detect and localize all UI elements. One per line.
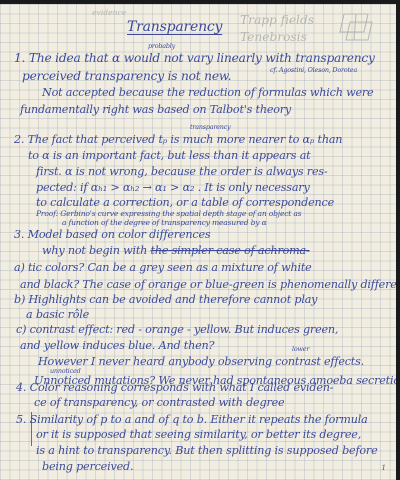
pencil-note-top-right-1: Trapp fields [240,14,314,26]
item1-aside: cf. Agostini, Oleson, Dorotea [270,67,357,73]
item3-line2-prefix: why not begin with [42,244,151,257]
page-title: Transparency [127,20,222,34]
item3-line3: a) tic colors? Can be a grey seen as a m… [14,262,312,273]
item2-line2: to α is an important fact, but less than… [28,150,310,161]
item3-line7: c) contrast effect: red - orange - yello… [16,324,338,335]
item3-line2: why not begin with the simpler case of a… [42,245,310,256]
page-number: 1 [382,464,386,472]
item4-line1: 4. Color reasoning corresponds with what… [16,382,333,393]
item1-line2: perceived transparency is not new. [22,70,231,82]
pencil-note-top-right-2: Tenebrosis [240,31,307,43]
item2-line3: first. α is not wrong, because the order… [36,166,328,177]
item2-line6-proof: Proof: Gerbino's curve expressing the sp… [36,210,301,218]
item1-line3: Not accepted because the reduction of fo… [42,87,373,98]
superscript-lower: lower [292,346,309,352]
item2-line5: to calculate a correction, or a table of… [36,197,334,208]
item5-line1: 5. Similarity of p to a and of q to b. E… [16,414,368,425]
superscript-probably: probably [148,43,175,49]
item5-line4: being perceived. [42,461,133,472]
item4-line2: ce of transparency, or contrasted with d… [34,397,284,408]
item5-line2: or it is supposed that seeing similarity… [36,429,361,440]
item2-line1: 2. The fact that perceived tₚ is much mo… [14,134,342,145]
item3-line8: and yellow induces blue. And then? [20,340,214,351]
item3-line9: However I never heard anybody observing … [38,356,364,367]
item2-line7: a function of the degree of transparency… [62,219,267,227]
item5-line3: is a hint to transparency. But then spli… [36,445,378,456]
pencil-note-evidence: evidence [92,9,126,17]
superscript-transparency: transparency [190,124,230,130]
item3-line1: 3. Model based on color differences [14,229,210,240]
overlapping-parallelograms-sketch-icon [338,12,374,42]
item1-line4: fundamentally right was based on Talbot'… [20,104,291,115]
item3-line2-struck: the simpler case of achroma- [151,244,310,257]
manuscript-page: evidence Trapp fields Tenebrosis Transpa… [0,4,396,480]
item1-line1: 1. The idea that α would not vary linear… [14,52,375,64]
item3-line4: and black? The case of orange or blue-gr… [20,279,396,290]
item2-line4: pected: if αₕ₁ > αₕ₂ → α₁ > α₂ . It is o… [36,182,310,193]
item3-line6: a basic rôle [26,309,89,320]
item3-line5: b) Highlights can be avoided and therefo… [14,294,317,305]
